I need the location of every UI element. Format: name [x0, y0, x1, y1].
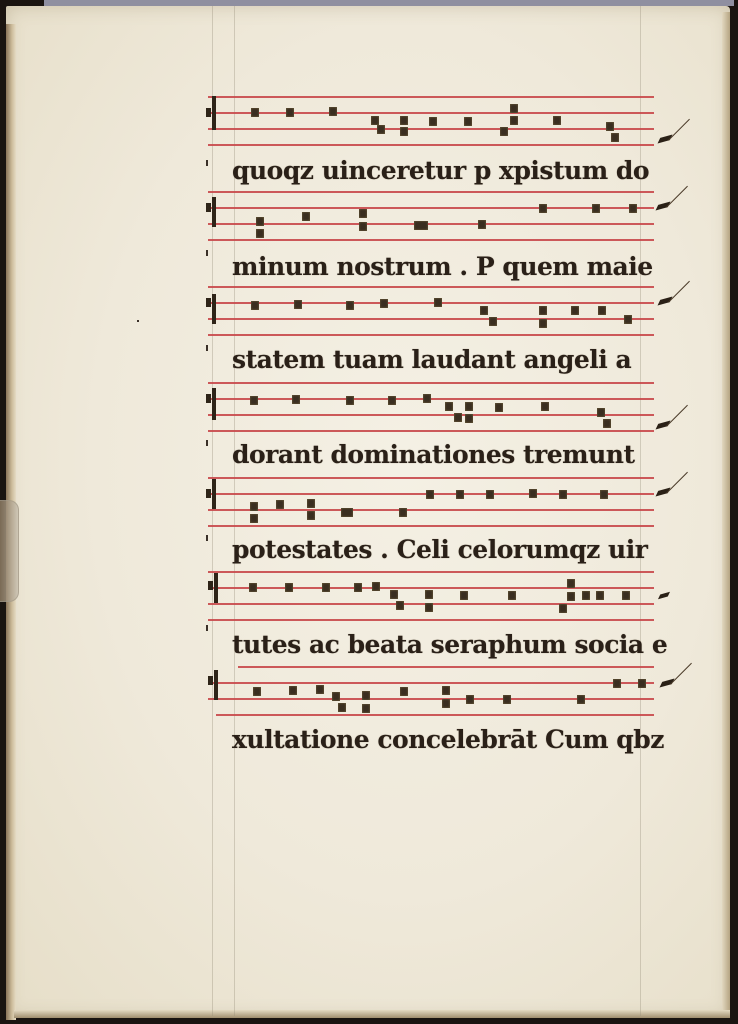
note-punctum	[582, 591, 590, 600]
staff-line	[208, 112, 654, 114]
note-punctum	[592, 204, 600, 213]
staff-line	[208, 239, 654, 241]
note-punctum	[302, 212, 310, 221]
page-edge-right	[722, 12, 730, 1012]
lyric-line-6: tutes ac beata seraphum socia e	[232, 630, 662, 660]
note-punctum	[316, 685, 324, 694]
note-punctum	[346, 301, 354, 310]
note-punctum	[399, 508, 407, 517]
note-punctum	[256, 217, 264, 226]
note-punctum	[341, 508, 353, 517]
note-punctum	[559, 604, 567, 613]
staff-line	[208, 223, 654, 225]
staff-3	[208, 284, 658, 336]
note-punctum	[442, 699, 450, 708]
staff-line	[208, 286, 654, 288]
note-punctum	[603, 419, 611, 428]
note-punctum	[480, 306, 488, 315]
staff-line	[208, 414, 654, 416]
note-punctum	[495, 403, 503, 412]
staff-line	[208, 477, 654, 479]
note-punctum	[329, 107, 337, 116]
lyric-line-3: statem tuam laudant angeli a	[232, 345, 662, 375]
note-punctum	[426, 490, 434, 499]
c-clef-mark-icon	[208, 676, 213, 685]
note-punctum	[294, 300, 302, 309]
staff-line	[208, 698, 654, 700]
note-punctum	[396, 601, 404, 610]
note-punctum	[400, 116, 408, 125]
lyric-line-5: potestates . Celi celorumqz uir	[232, 535, 662, 565]
note-punctum	[292, 395, 300, 404]
note-punctum	[388, 396, 396, 405]
staff-line	[208, 207, 654, 209]
c-clef-mark-icon	[208, 581, 213, 590]
note-punctum	[380, 299, 388, 308]
note-punctum	[372, 582, 380, 591]
note-punctum	[307, 511, 315, 520]
margin-speck	[137, 320, 139, 322]
note-punctum	[454, 413, 462, 422]
note-punctum	[539, 306, 547, 315]
note-punctum	[286, 108, 294, 117]
staff-line	[208, 682, 654, 684]
bookmark-tab	[0, 500, 19, 602]
staff-1	[208, 94, 658, 146]
top-edge-band	[44, 0, 734, 6]
staff-line	[208, 382, 654, 384]
note-punctum	[354, 583, 362, 592]
note-punctum	[638, 679, 646, 688]
note-punctum	[425, 603, 433, 612]
c-clef-icon	[212, 96, 216, 130]
note-punctum	[362, 691, 370, 700]
c-clef-mark-icon	[206, 203, 211, 212]
staff-line	[208, 571, 654, 573]
staff-line	[208, 128, 654, 130]
note-punctum	[249, 583, 257, 592]
lyric-line-1: quoqz uinceretur p xpistum do	[232, 156, 662, 186]
note-punctum	[425, 590, 433, 599]
note-punctum	[559, 490, 567, 499]
staff-line	[208, 318, 654, 320]
note-punctum	[250, 502, 258, 511]
staff-7	[208, 664, 658, 716]
note-punctum	[250, 396, 258, 405]
note-punctum	[503, 695, 511, 704]
note-punctum	[508, 591, 516, 600]
staff-line	[208, 509, 654, 511]
note-punctum	[414, 221, 428, 230]
note-punctum	[429, 117, 437, 126]
note-punctum	[400, 127, 408, 136]
note-punctum	[465, 414, 473, 423]
note-punctum	[285, 583, 293, 592]
note-punctum	[289, 686, 297, 695]
staff-2	[208, 189, 658, 241]
note-punctum	[598, 306, 606, 315]
note-punctum	[597, 408, 605, 417]
margin-mark	[206, 250, 208, 256]
note-punctum	[322, 583, 330, 592]
c-clef-mark-icon	[206, 298, 211, 307]
note-punctum	[332, 692, 340, 701]
note-punctum	[529, 489, 537, 498]
margin-mark	[206, 535, 208, 541]
note-punctum	[250, 514, 258, 523]
note-punctum	[624, 315, 632, 324]
staff-5	[208, 475, 658, 527]
note-punctum	[251, 301, 259, 310]
note-punctum	[567, 592, 575, 601]
note-punctum	[423, 394, 431, 403]
note-punctum	[371, 116, 379, 125]
note-punctum	[553, 116, 561, 125]
note-punctum	[276, 500, 284, 509]
c-clef-mark-icon	[206, 489, 211, 498]
c-clef-icon	[212, 479, 216, 509]
c-clef-icon	[212, 388, 216, 420]
note-punctum	[577, 695, 585, 704]
c-clef-mark-icon	[206, 108, 211, 117]
note-punctum	[567, 579, 575, 588]
note-punctum	[510, 104, 518, 113]
note-punctum	[629, 204, 637, 213]
c-clef-mark-icon	[206, 394, 211, 403]
note-punctum	[466, 695, 474, 704]
note-punctum	[500, 127, 508, 136]
staff-line	[208, 191, 654, 193]
note-punctum	[359, 222, 367, 231]
note-punctum	[434, 298, 442, 307]
note-punctum	[478, 220, 486, 229]
c-clef-icon	[212, 294, 216, 324]
lyric-line-2: minum nostrum . P quem maie	[232, 252, 662, 282]
note-punctum	[390, 590, 398, 599]
staff-line	[208, 525, 654, 527]
note-punctum	[596, 591, 604, 600]
note-punctum	[445, 402, 453, 411]
staff-line	[216, 714, 654, 716]
note-punctum	[613, 679, 621, 688]
staff-line	[208, 398, 654, 400]
note-punctum	[359, 209, 367, 218]
note-punctum	[442, 686, 450, 695]
note-punctum	[460, 591, 468, 600]
staff-line	[208, 619, 654, 621]
note-punctum	[571, 306, 579, 315]
margin-mark	[206, 440, 208, 446]
staff-line	[208, 96, 654, 98]
staff-4	[208, 380, 658, 432]
note-punctum	[606, 122, 614, 131]
note-punctum	[464, 117, 472, 126]
c-clef-icon	[214, 573, 218, 603]
note-punctum	[510, 116, 518, 125]
note-punctum	[256, 229, 264, 238]
staff-line	[208, 587, 654, 589]
c-clef-icon	[214, 670, 218, 700]
note-punctum	[456, 490, 464, 499]
lyric-line-4: dorant dominationes tremunt	[232, 440, 662, 470]
margin-mark	[206, 625, 208, 631]
note-punctum	[622, 591, 630, 600]
lyric-line-7: xultatione concelebrāt Cum qbz	[232, 725, 662, 755]
note-punctum	[539, 319, 547, 328]
note-punctum	[362, 704, 370, 713]
note-punctum	[377, 125, 385, 134]
note-punctum	[611, 133, 619, 142]
note-punctum	[489, 317, 497, 326]
note-punctum	[346, 396, 354, 405]
note-punctum	[253, 687, 261, 696]
staff-line	[208, 334, 654, 336]
staff-line	[208, 302, 654, 304]
note-punctum	[486, 490, 494, 499]
note-punctum	[400, 687, 408, 696]
page-edge-bottom	[14, 1010, 730, 1018]
staff-line	[208, 144, 654, 146]
c-clef-icon	[212, 197, 216, 227]
margin-mark	[206, 345, 208, 351]
staff-line	[208, 430, 654, 432]
note-punctum	[338, 703, 346, 712]
margin-mark	[206, 160, 208, 166]
note-punctum	[600, 490, 608, 499]
staff-6	[208, 569, 658, 621]
note-punctum	[465, 402, 473, 411]
note-punctum	[539, 204, 547, 213]
note-punctum	[251, 108, 259, 117]
note-punctum	[307, 499, 315, 508]
staff-line	[238, 666, 654, 668]
note-punctum	[541, 402, 549, 411]
